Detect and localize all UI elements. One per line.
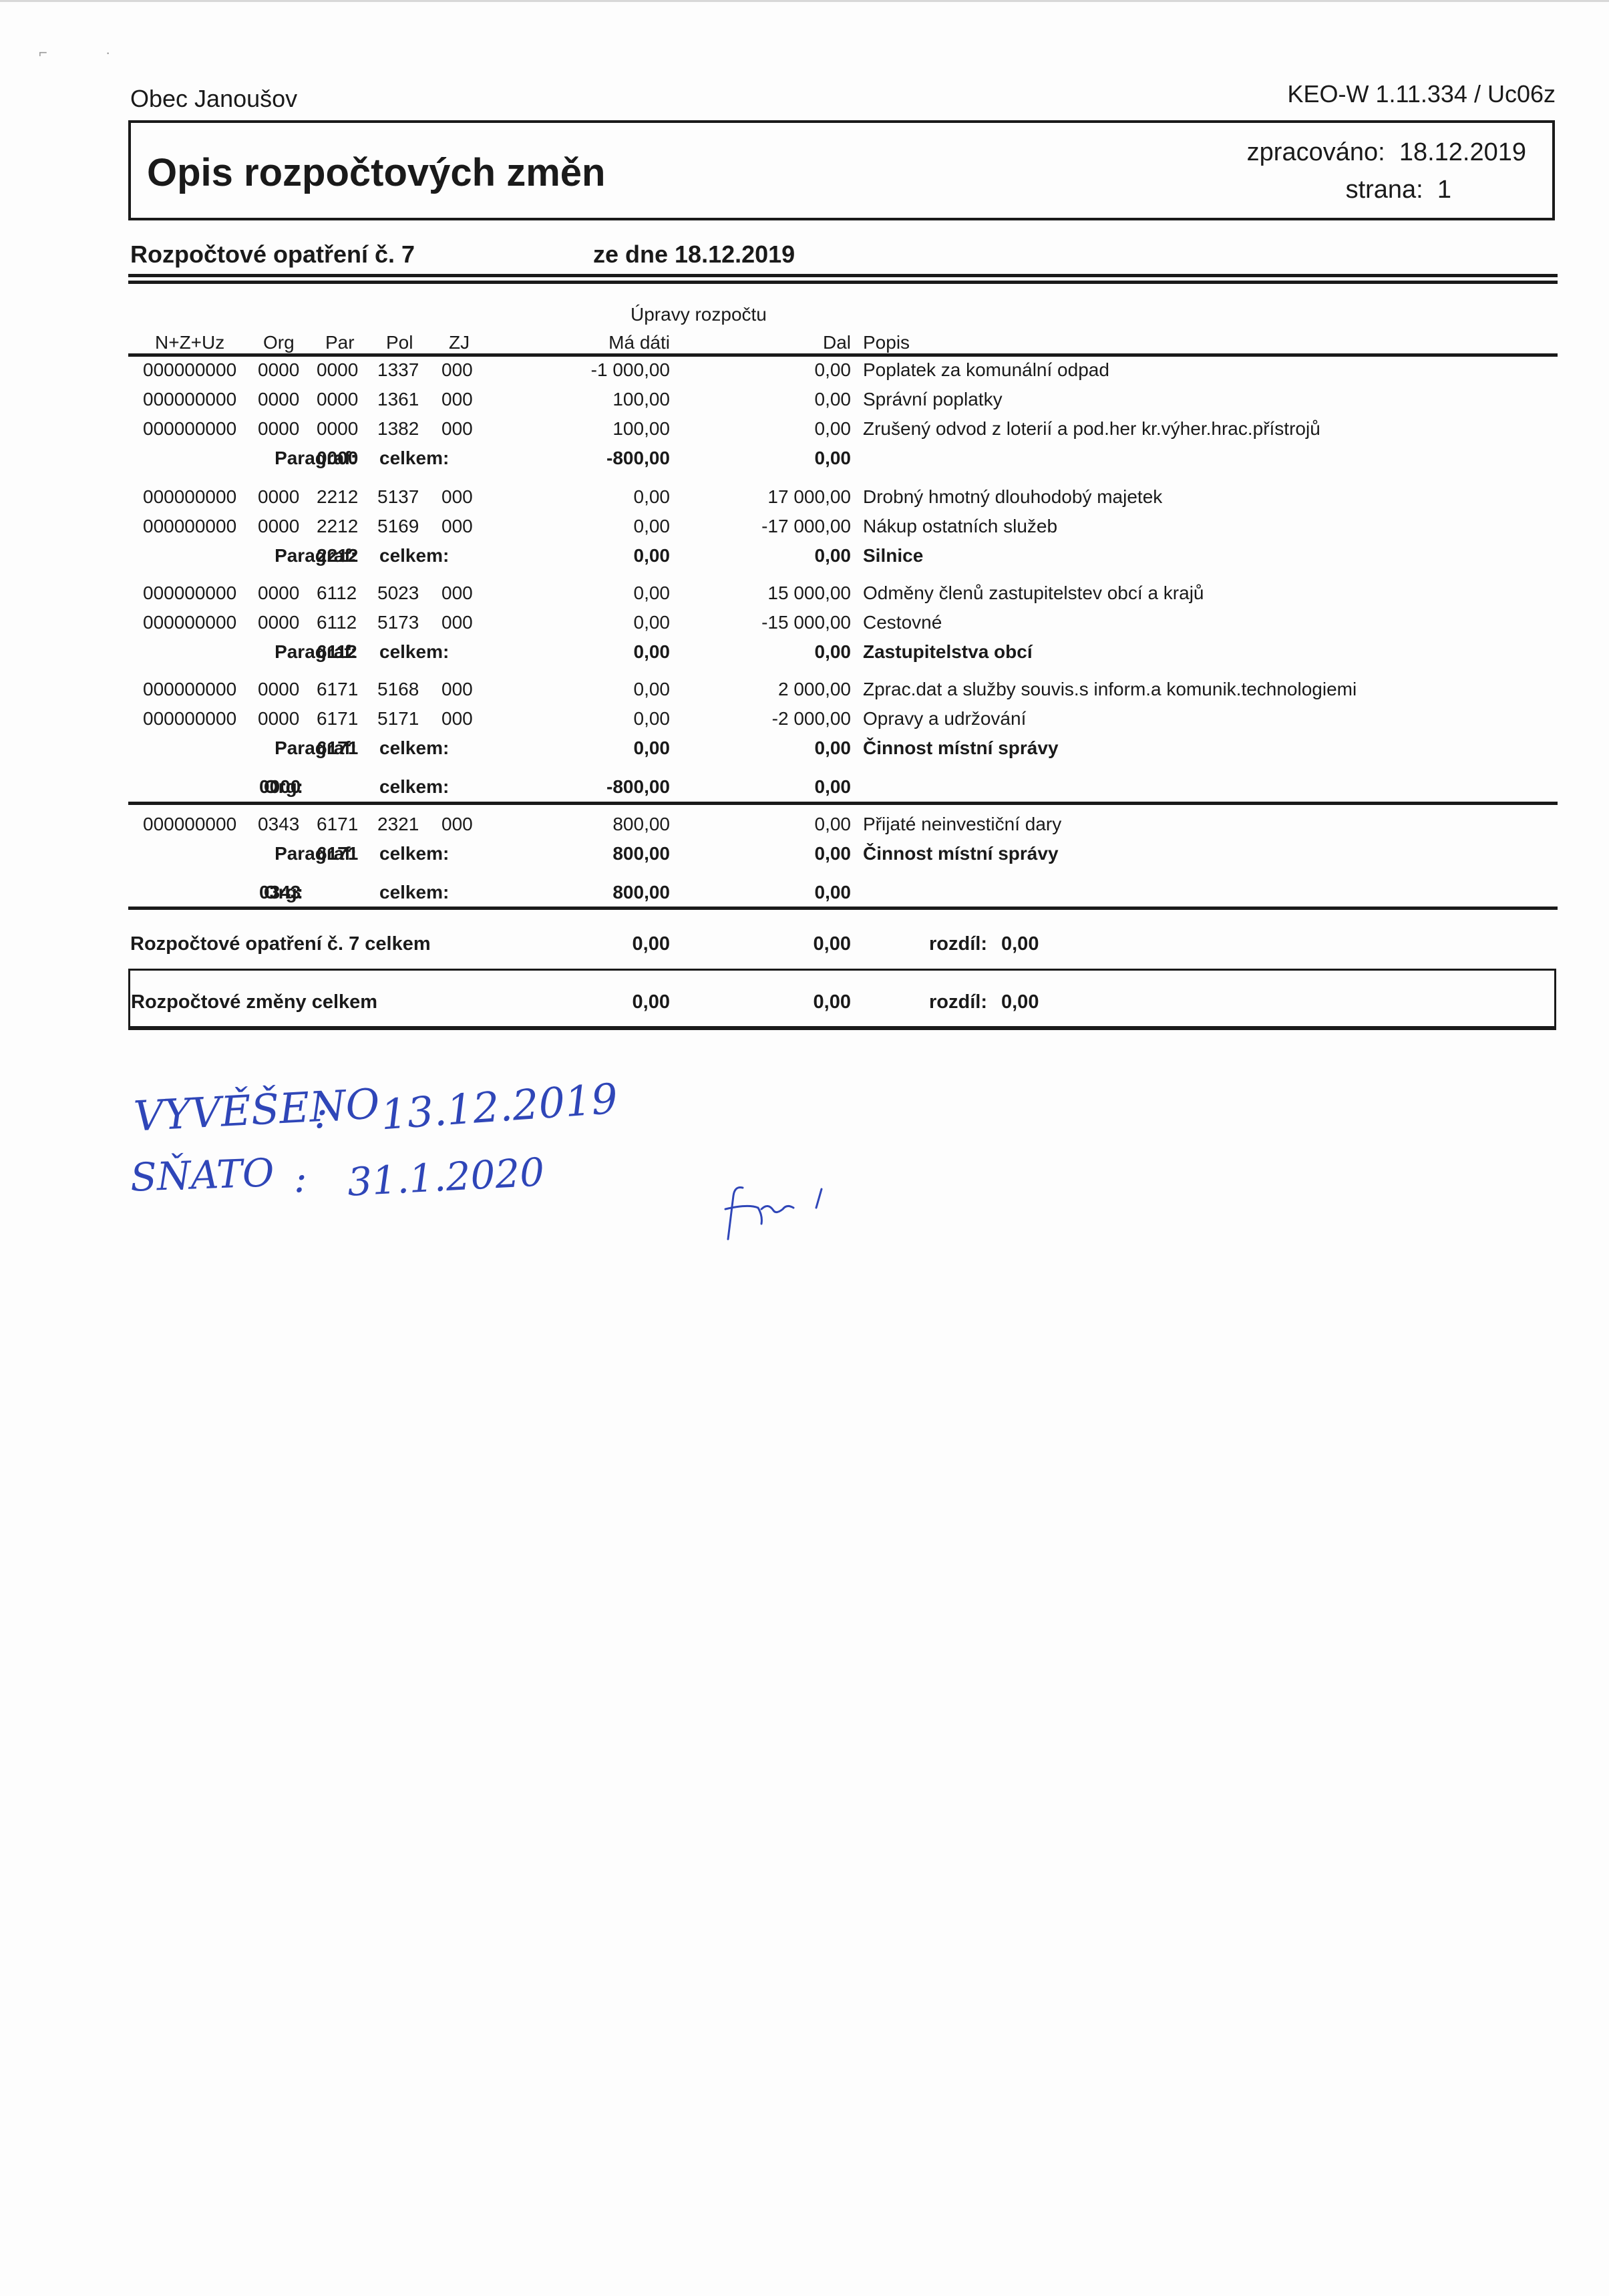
col-popis: Popis — [863, 332, 910, 353]
page-value: 1 — [1437, 176, 1451, 204]
cell-par: 6112 — [317, 583, 357, 604]
subtotal-code: 6112 — [317, 641, 357, 663]
subtotal-word: celkem: — [379, 843, 449, 864]
handwritten-posted-label: VYVĚŠENO — [132, 1079, 381, 1140]
cell-nzu: 000000000 — [143, 418, 236, 440]
cell-org: 0000 — [258, 679, 299, 700]
cell-zj: 000 — [441, 486, 473, 508]
subtotal-popis: Zastupitelstva obcí — [863, 641, 1033, 663]
measure-total-dal: 0,00 — [814, 933, 851, 955]
cell-pol: 5169 — [377, 516, 419, 537]
col-nzu: N+Z+Uz — [155, 332, 224, 353]
cell-nzu: 000000000 — [143, 814, 236, 835]
header-rule — [128, 353, 1558, 357]
subtotal-code: 6171 — [317, 737, 358, 759]
measure-total-row: Rozpočtové opatření č. 7 celkem 0,00 0,0… — [0, 933, 1609, 960]
cell-pol: 5023 — [377, 583, 419, 604]
cell-popis: Nákup ostatních služeb — [863, 516, 1057, 537]
cell-nzu: 000000000 — [143, 708, 236, 729]
grand-total-diff-label: rozdíl: — [929, 991, 987, 1013]
paragraf-subtotal-row: Paragraf:6112celkem:0,000,00Zastupitelst… — [0, 641, 1609, 668]
subtotal-word: celkem: — [379, 641, 449, 663]
col-ma-dati: Má dáti — [608, 332, 670, 353]
cell-ma-dati: -1 000,00 — [591, 359, 670, 381]
subtotal-ma-dati: 800,00 — [612, 843, 670, 864]
table-row: 0000000000000221251370000,0017 000,00Dro… — [0, 486, 1609, 513]
org-subtotal-ma-dati: -800,00 — [606, 776, 670, 798]
cell-popis: Přijaté neinvestiční dary — [863, 814, 1061, 835]
org-rule — [128, 802, 1558, 805]
subtotal-word: celkem: — [379, 448, 449, 469]
cell-dal: 0,00 — [815, 359, 852, 381]
grand-total-label: Rozpočtové změny celkem — [131, 991, 377, 1013]
cell-org: 0000 — [258, 612, 299, 633]
cell-zj: 000 — [441, 612, 473, 633]
org-subtotal-ma-dati: 800,00 — [612, 882, 670, 903]
page-label: strana: — [1346, 176, 1423, 204]
cell-dal: 15 000,00 — [767, 583, 851, 604]
cell-ma-dati: 0,00 — [634, 679, 671, 700]
cell-dal: -17 000,00 — [761, 516, 851, 537]
cell-nzu: 000000000 — [143, 359, 236, 381]
org-subtotal-word: celkem: — [379, 776, 449, 798]
handwritten-posted-date: 13.12.2019 — [379, 1074, 619, 1140]
cell-par: 0000 — [317, 389, 358, 410]
cell-zj: 000 — [441, 679, 473, 700]
cell-ma-dati: 0,00 — [634, 583, 671, 604]
cell-pol: 5137 — [377, 486, 419, 508]
paragraf-subtotal-row: Paragraf:6171celkem:800,000,00Činnost mí… — [0, 843, 1609, 870]
org-subtotal-word: celkem: — [379, 882, 449, 903]
processed-label: zpracováno: — [1247, 138, 1385, 166]
org-subtotal-row: Org:0000celkem:-800,000,00 — [0, 776, 1609, 803]
col-pol: Pol — [386, 332, 413, 353]
cell-org: 0000 — [258, 418, 299, 440]
subtotal-popis: Činnost místní správy — [863, 737, 1059, 759]
cell-nzu: 000000000 — [143, 389, 236, 410]
grand-total-row: Rozpočtové změny celkem 0,00 0,00 rozdíl… — [0, 991, 1609, 1018]
col-org: Org — [263, 332, 295, 353]
handwritten-colon: : — [294, 1156, 307, 1201]
measure-total-ma-dati: 0,00 — [633, 933, 670, 955]
subtotal-dal: 0,00 — [815, 641, 852, 663]
subtotal-dal: 0,00 — [815, 843, 852, 864]
cell-dal: 17 000,00 — [767, 486, 851, 508]
org-subtotal-code: 0000 — [259, 776, 301, 798]
measure-total-diff: 0,00 — [1001, 933, 1039, 955]
subtotal-code: 0000 — [317, 448, 358, 469]
cell-nzu: 000000000 — [143, 583, 236, 604]
cell-zj: 000 — [441, 389, 473, 410]
col-dal: Dal — [823, 332, 851, 353]
scan-edge — [0, 0, 1609, 2]
scan-mark: ⌐ — [39, 44, 47, 61]
cell-pol: 5168 — [377, 679, 419, 700]
cell-popis: Zprac.dat a služby souvis.s inform.a kom… — [863, 679, 1357, 700]
table-row: 000000000000000001337000-1 000,000,00Pop… — [0, 359, 1609, 386]
table-row: 0000000000000617151680000,002 000,00Zpra… — [0, 679, 1609, 705]
cell-par: 6171 — [317, 708, 358, 729]
cell-org: 0000 — [258, 516, 299, 537]
cell-dal: -15 000,00 — [761, 612, 851, 633]
col-zj: ZJ — [449, 332, 470, 353]
measure-label: Rozpočtové opatření č. 7 — [130, 240, 415, 269]
page-number: strana: 1 — [1346, 176, 1451, 204]
paragraf-subtotal-row: Paragraf:6171celkem:0,000,00Činnost míst… — [0, 737, 1609, 764]
subtotal-code: 6171 — [317, 843, 358, 864]
cell-org: 0343 — [258, 814, 299, 835]
handwritten-colon: : — [314, 1089, 328, 1138]
cell-org: 0000 — [258, 486, 299, 508]
cell-ma-dati: 0,00 — [634, 708, 671, 729]
grand-total-diff: 0,00 — [1001, 991, 1039, 1013]
subtotal-popis: Činnost místní správy — [863, 843, 1059, 864]
measure-total-diff-label: rozdíl: — [929, 933, 987, 955]
cell-pol: 5171 — [377, 708, 419, 729]
subtotal-popis: Silnice — [863, 545, 923, 566]
cell-popis: Zrušený odvod z loterií a pod.her kr.výh… — [863, 418, 1320, 440]
handwritten-removed-label: SŇATO — [130, 1150, 275, 1200]
cell-popis: Cestovné — [863, 612, 942, 633]
cell-zj: 000 — [441, 359, 473, 381]
org-subtotal-dal: 0,00 — [815, 776, 852, 798]
subtotal-code: 2212 — [317, 545, 358, 566]
cell-zj: 000 — [441, 418, 473, 440]
subtotal-ma-dati: 0,00 — [634, 545, 671, 566]
cell-ma-dati: 0,00 — [634, 486, 671, 508]
table-row: 0000000000000617151710000,00-2 000,00Opr… — [0, 708, 1609, 735]
cell-pol: 2321 — [377, 814, 419, 835]
cell-pol: 1337 — [377, 359, 419, 381]
cell-dal: 0,00 — [815, 418, 852, 440]
table-row: 000000000000000001361000100,000,00Správn… — [0, 389, 1609, 416]
cell-par: 0000 — [317, 418, 358, 440]
cell-zj: 000 — [441, 708, 473, 729]
cell-par: 2212 — [317, 516, 358, 537]
cell-ma-dati: 100,00 — [612, 418, 670, 440]
cell-par: 6112 — [317, 612, 357, 633]
measure-date: ze dne 18.12.2019 — [593, 240, 795, 269]
divider — [128, 281, 1558, 284]
subtotal-word: celkem: — [379, 545, 449, 566]
table-row: 000000000034361712321000800,000,00Přijat… — [0, 814, 1609, 840]
cell-pol: 1382 — [377, 418, 419, 440]
cell-popis: Odměny členů zastupitelstev obcí a krajů — [863, 583, 1204, 604]
divider — [128, 274, 1558, 277]
paragraf-subtotal-row: Paragraf:0000celkem:-800,000,00 — [0, 448, 1609, 474]
cell-ma-dati: 0,00 — [634, 612, 671, 633]
subtotal-ma-dati: 0,00 — [634, 737, 671, 759]
signature-icon — [721, 1169, 855, 1249]
cell-zj: 000 — [441, 814, 473, 835]
cell-org: 0000 — [258, 583, 299, 604]
grand-total-dal: 0,00 — [814, 991, 851, 1013]
processed-value: 18.12.2019 — [1399, 138, 1526, 166]
cell-org: 0000 — [258, 389, 299, 410]
org-subtotal-row: Org:0343celkem:800,000,00 — [0, 882, 1609, 909]
cell-popis: Opravy a udržování — [863, 708, 1026, 729]
cell-popis: Drobný hmotný dlouhodobý majetek — [863, 486, 1162, 508]
org-subtotal-dal: 0,00 — [815, 882, 852, 903]
cell-nzu: 000000000 — [143, 486, 236, 508]
processed-date: zpracováno: 18.12.2019 — [1247, 138, 1526, 167]
column-group-header: Úpravy rozpočtu — [631, 304, 767, 325]
org-rule — [128, 907, 1558, 910]
cell-par: 6171 — [317, 814, 358, 835]
subtotal-dal: 0,00 — [815, 448, 852, 469]
cell-zj: 000 — [441, 516, 473, 537]
cell-dal: 2 000,00 — [778, 679, 851, 700]
cell-ma-dati: 800,00 — [612, 814, 670, 835]
page-title: Opis rozpočtových změn — [147, 150, 605, 195]
cell-popis: Poplatek za komunální odpad — [863, 359, 1109, 381]
org-subtotal-code: 0343 — [259, 882, 301, 903]
cell-par: 2212 — [317, 486, 358, 508]
cell-org: 0000 — [258, 359, 299, 381]
subtotal-ma-dati: 0,00 — [634, 641, 671, 663]
cell-pol: 1361 — [377, 389, 419, 410]
cell-nzu: 000000000 — [143, 516, 236, 537]
cell-pol: 5173 — [377, 612, 419, 633]
table-row: 0000000000000221251690000,00-17 000,00Ná… — [0, 516, 1609, 542]
system-id: KEO-W 1.11.334 / Uc06z — [1287, 80, 1556, 108]
table-row: 0000000000000611251730000,00-15 000,00Ce… — [0, 612, 1609, 639]
scan-mark: · — [106, 44, 110, 61]
subtotal-dal: 0,00 — [815, 737, 852, 759]
cell-org: 0000 — [258, 708, 299, 729]
cell-par: 6171 — [317, 679, 358, 700]
table-row: 000000000000000001382000100,000,00Zrušen… — [0, 418, 1609, 445]
cell-par: 0000 — [317, 359, 358, 381]
cell-popis: Správní poplatky — [863, 389, 1003, 410]
subtotal-ma-dati: -800,00 — [606, 448, 670, 469]
subtotal-word: celkem: — [379, 737, 449, 759]
cell-ma-dati: 100,00 — [612, 389, 670, 410]
measure-total-label: Rozpočtové opatření č. 7 celkem — [130, 933, 431, 955]
paragraf-subtotal-row: Paragraf:2212celkem:0,000,00Silnice — [0, 545, 1609, 572]
col-par: Par — [325, 332, 355, 353]
grand-total-ma-dati: 0,00 — [633, 991, 670, 1013]
cell-nzu: 000000000 — [143, 679, 236, 700]
subtotal-dal: 0,00 — [815, 545, 852, 566]
cell-dal: 0,00 — [815, 389, 852, 410]
cell-nzu: 000000000 — [143, 612, 236, 633]
table-row: 0000000000000611250230000,0015 000,00Odm… — [0, 583, 1609, 609]
organization-name: Obec Janoušov — [130, 85, 297, 113]
cell-zj: 000 — [441, 583, 473, 604]
cell-ma-dati: 0,00 — [634, 516, 671, 537]
handwritten-removed-date: 31.1.2020 — [346, 1149, 545, 1204]
cell-dal: 0,00 — [815, 814, 852, 835]
cell-dal: -2 000,00 — [772, 708, 851, 729]
